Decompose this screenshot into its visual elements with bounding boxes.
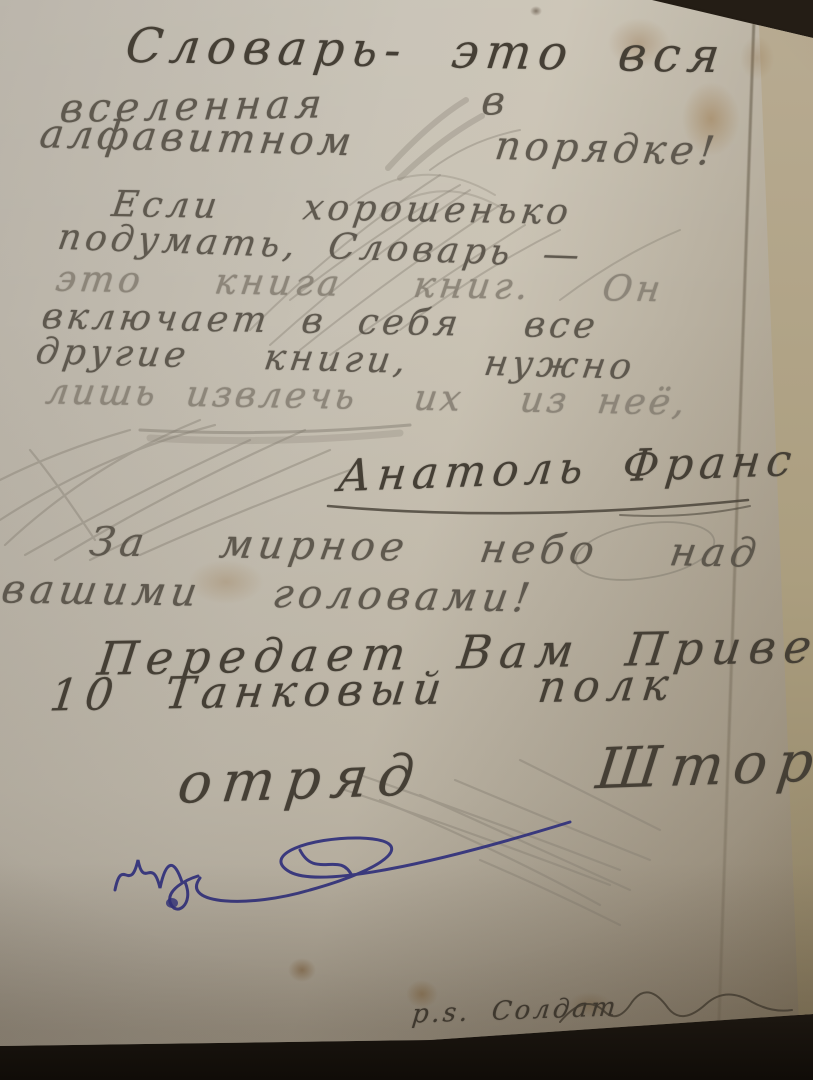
attribution-underline bbox=[328, 500, 748, 513]
underline-smudge-izvlech bbox=[150, 433, 400, 441]
ink-signature-strokes bbox=[115, 822, 570, 909]
photo-of-notebook-page: Словарь- это вся вселенная в алфавитном … bbox=[0, 0, 813, 1080]
attribution-underline bbox=[620, 506, 750, 516]
greeting-line: 10 Танковый полк bbox=[47, 662, 678, 719]
paper-page: Словарь- это вся вселенная в алфавитном … bbox=[0, 0, 813, 1052]
dedication-line: вашими головами! bbox=[0, 568, 537, 619]
ink-signature bbox=[100, 810, 580, 920]
dedication-line: За мирное небо над bbox=[87, 521, 764, 575]
ink-blot bbox=[166, 898, 178, 908]
epigraph-line: Словарь- это вся bbox=[123, 21, 729, 82]
